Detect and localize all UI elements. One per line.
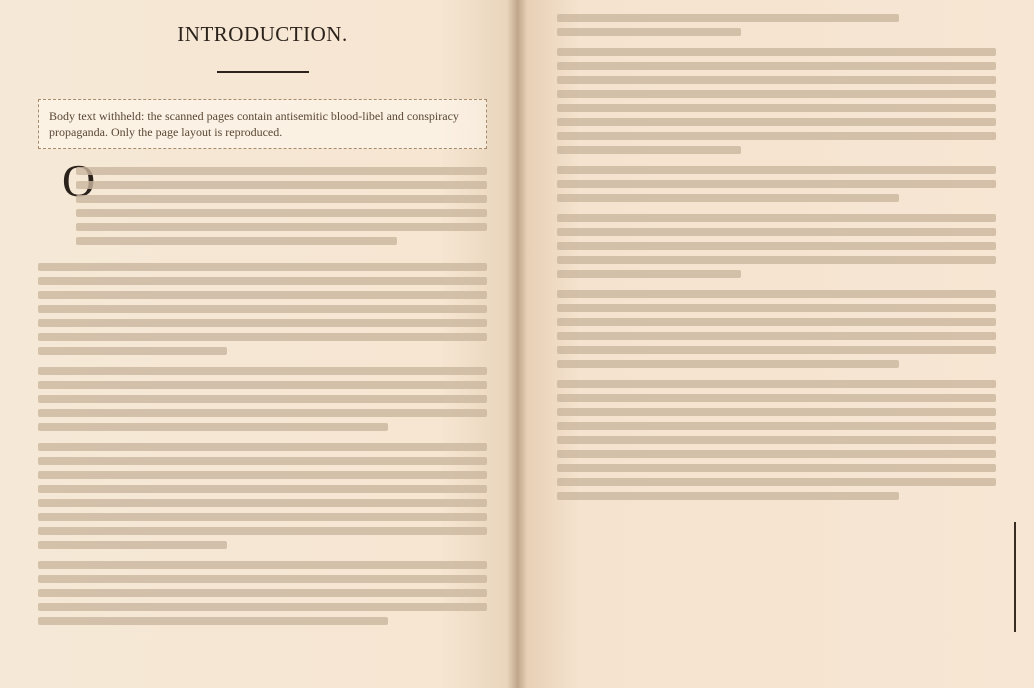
paragraph-6 (557, 380, 996, 500)
drop-cap: O (38, 161, 72, 201)
paragraph-5 (557, 290, 996, 368)
paragraph-2 (557, 48, 996, 154)
page-heading: INTRODUCTION. (38, 22, 487, 47)
paragraph-1: O (38, 161, 487, 251)
paragraph-5 (38, 561, 487, 625)
paragraph-4 (557, 214, 996, 278)
heading-rule (217, 71, 309, 73)
left-page: INTRODUCTION. Body text withheld: the sc… (0, 0, 517, 688)
margin-mark (1014, 522, 1016, 632)
right-page (517, 0, 1034, 688)
book-spread: INTRODUCTION. Body text withheld: the sc… (0, 0, 1034, 688)
paragraph-2 (38, 263, 487, 355)
paragraph-3 (557, 166, 996, 202)
content-withheld-notice: Body text withheld: the scanned pages co… (38, 99, 487, 149)
paragraph-4 (38, 443, 487, 549)
paragraph-3 (38, 367, 487, 431)
paragraph-1 (557, 14, 996, 36)
